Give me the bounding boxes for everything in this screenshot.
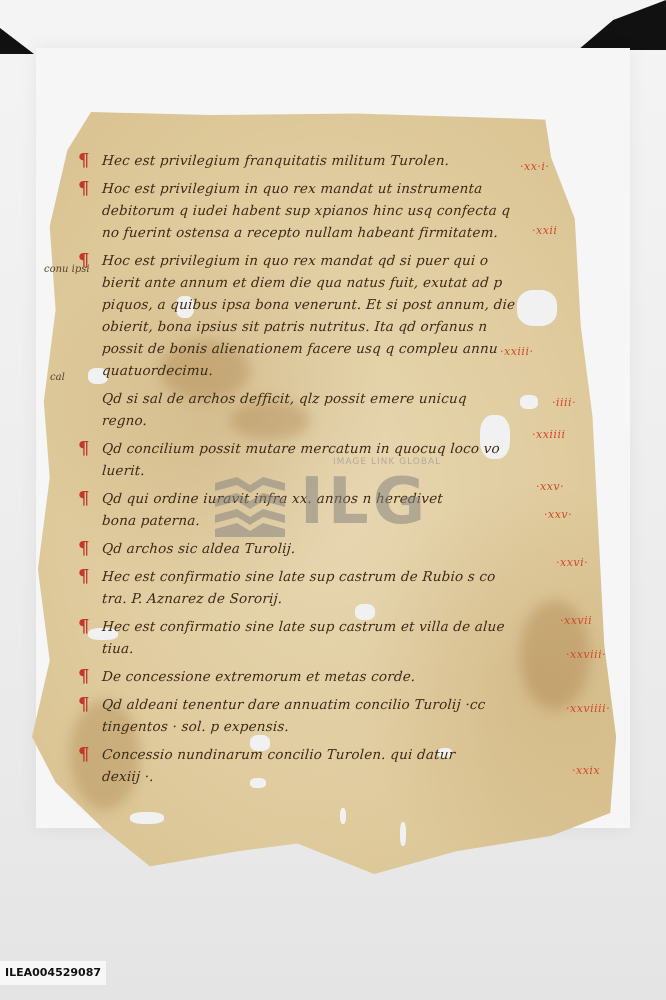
entry: ¶ Qd aldeani tenentur dare annuatim conc… <box>88 694 558 738</box>
red-numeral: ·xxvi· <box>556 556 588 569</box>
text-line: Qd si sal de archos defficit, qlz possit… <box>87 388 559 410</box>
text-line: Concessio nundinarum concilio Turolen. q… <box>87 744 559 766</box>
entry: ¶ De concessione extremorum et metas cor… <box>88 666 558 688</box>
text-line: obierit, bona ipsius sit patris nutritus… <box>87 316 559 338</box>
margin-note: cal <box>50 372 65 383</box>
entry: ¶ Hec est privilegium franquitatis milit… <box>88 150 558 172</box>
hole <box>340 808 346 824</box>
text-line: tiua. <box>87 638 559 660</box>
red-numeral: ·xxvii <box>560 614 592 627</box>
text-line: Hoc est privilegium in quo rex mandat ut… <box>87 178 559 200</box>
hole <box>130 812 164 824</box>
text-line: regno. <box>87 410 559 432</box>
red-numeral: ·xx·i· <box>520 160 549 173</box>
hole <box>400 822 406 846</box>
text-line: no fuerint ostensa a recepto nullam habe… <box>87 222 559 244</box>
red-numeral: ·xxviii· <box>566 648 606 661</box>
red-numeral: ·xxiii· <box>500 345 533 358</box>
red-numeral: ·xxiiii <box>532 428 565 441</box>
text-line: possit de bonis alienationem facere usq … <box>87 338 559 360</box>
watermark: IMAGE LINK GLOBAL ILG <box>215 455 455 545</box>
text-line: De concessione extremorum et metas corde… <box>87 666 559 688</box>
red-numeral: ·xxv· <box>536 480 564 493</box>
black-backdrop-corner-left <box>0 28 34 54</box>
text-line: Hec est privilegium franquitatis militum… <box>87 150 559 172</box>
watermark-logo-text: ILG <box>300 465 429 539</box>
image-id-label: ILEA004529087 <box>0 961 106 985</box>
red-numeral: ·xxviiii· <box>566 702 610 715</box>
text-line: tra. P. Aznarez de Sororij. <box>87 588 559 610</box>
red-numeral: ·xxv· <box>544 508 572 521</box>
text-line: piquos, a quibus ipsa bona venerunt. Et … <box>87 294 559 316</box>
entry: Qd si sal de archos defficit, qlz possit… <box>88 388 558 432</box>
text-line: bierit ante annum et diem die qua natus … <box>87 272 559 294</box>
text-line: debitorum q iudei habent sup xpianos hin… <box>87 200 559 222</box>
text-line: Hec est confirmatio sine late sup castru… <box>87 616 559 638</box>
photo-scene: conu ipsi cal ¶ Hec est privilegium fran… <box>0 0 666 1000</box>
red-numeral: ·xxix <box>572 764 600 777</box>
red-numeral: ·iiii· <box>552 396 576 409</box>
red-numeral: ·xxii <box>532 224 557 237</box>
text-line: Hoc est privilegium in quo rex mandat qd… <box>87 250 559 272</box>
text-line: quatuordecimu. <box>87 360 559 382</box>
text-line: tingentos · sol. p expensis. <box>87 716 559 738</box>
entry: ¶ Concessio nundinarum concilio Turolen.… <box>88 744 558 788</box>
entry: ¶ Hec est confirmatio sine late sup cast… <box>88 566 558 610</box>
entry: ¶ Hoc est privilegium in quo rex mandat … <box>88 178 558 244</box>
text-line: Hec est confirmatio sine late sup castru… <box>87 566 559 588</box>
entry: ¶ Hoc est privilegium in quo rex mandat … <box>88 250 558 382</box>
black-backdrop-corner-right <box>578 0 666 50</box>
text-line: Qd aldeani tenentur dare annuatim concil… <box>87 694 559 716</box>
watermark-logo-icon <box>215 475 285 537</box>
entry: ¶ Hec est confirmatio sine late sup cast… <box>88 616 558 660</box>
text-line: dexiij ·. <box>87 766 559 788</box>
